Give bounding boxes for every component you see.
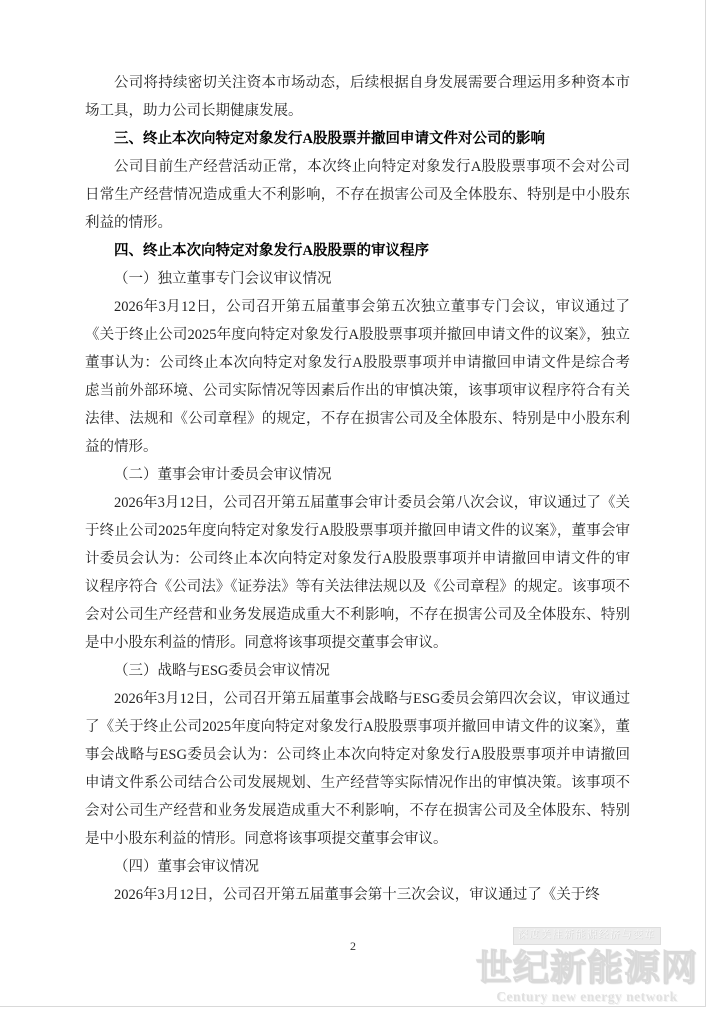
paragraph-impact: 公司目前生产经营活动正常，本次终止向特定对象发行A股股票事项不会对公司日常生产经… [85, 153, 630, 237]
paragraph-capital-market: 公司将持续密切关注资本市场动态，后续根据自身发展需要合理运用多种资本市场工具，助… [85, 69, 630, 125]
heading-section-3: 三、终止本次向特定对象发行A股股票并撤回申请文件对公司的影响 [85, 125, 630, 153]
paragraph-esg-committee-meeting: 2026年3月12日，公司召开第五届董事会战略与ESG委员会第四次会议，审议通过… [85, 685, 630, 853]
watermark-title: 世纪新能源网 [468, 947, 706, 989]
paragraph-board-meeting: 2026年3月12日，公司召开第五届董事会第十三次会议，审议通过了《关于终 [85, 881, 630, 909]
document-body: 公司将持续密切关注资本市场动态，后续根据自身发展需要合理运用多种资本市场工具，助… [85, 69, 630, 909]
watermark-tagline: 深度关注新能源经济与变革 [513, 927, 661, 945]
watermark: 深度关注新能源经济与变革 世纪新能源网 Century new energy n… [468, 926, 706, 1005]
subheading-audit-committee: （二）董事会审计委员会审议情况 [85, 461, 630, 489]
document-page: 公司将持续密切关注资本市场动态，后续根据自身发展需要合理运用多种资本市场工具，助… [0, 0, 715, 1010]
heading-section-4: 四、终止本次向特定对象发行A股股票的审议程序 [85, 237, 630, 265]
subheading-esg-committee: （三）战略与ESG委员会审议情况 [85, 657, 630, 685]
subheading-board-review: （四）董事会审议情况 [85, 853, 630, 881]
subheading-independent-directors: （一）独立董事专门会议审议情况 [85, 265, 630, 293]
watermark-subtitle: Century new energy network [468, 989, 706, 1005]
paragraph-independent-directors-meeting: 2026年3月12日，公司召开第五届董事会第五次独立董事专门会议，审议通过了《关… [85, 293, 630, 461]
paragraph-audit-committee-meeting: 2026年3月12日，公司召开第五届董事会审计委员会第八次会议，审议通过了《关于… [85, 489, 630, 657]
